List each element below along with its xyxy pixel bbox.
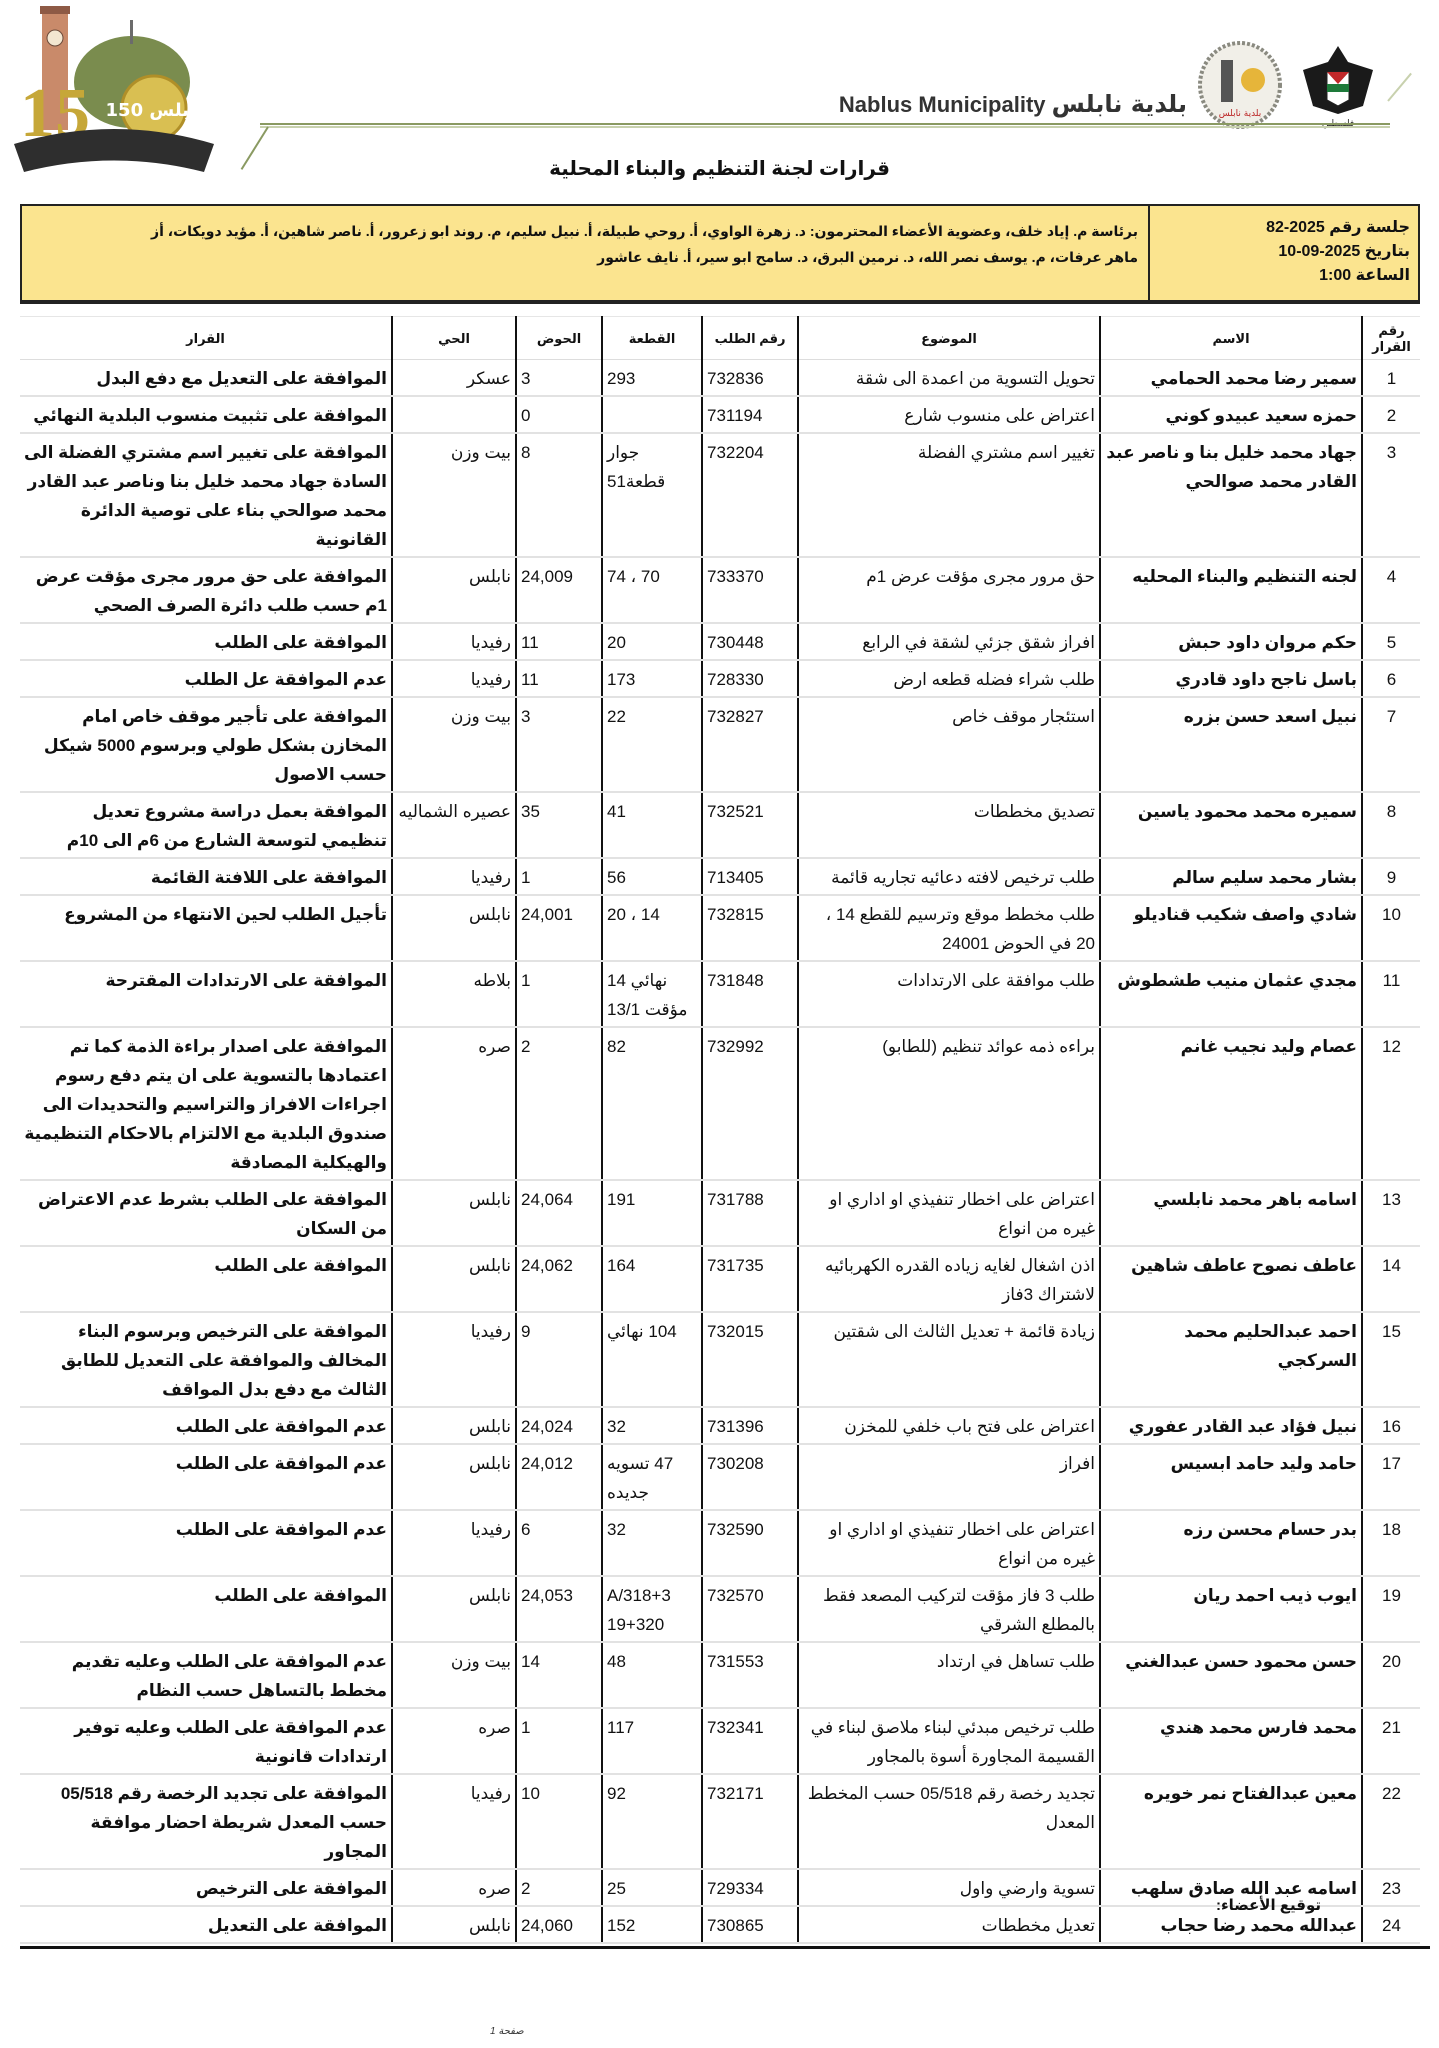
decision-cell: عدم الموافقة على الطلب وعليه توفير ارتدا…: [20, 1708, 392, 1774]
plot-cell: 41: [602, 792, 702, 858]
session-number: جلسة رقم 2025-82: [1158, 216, 1410, 240]
decision-cell: الموافقة على الطلب: [20, 623, 392, 660]
table-row: 24عبدالله محمد رضا حجابتعديل مخططات73086…: [20, 1906, 1420, 1943]
plot-cell: 22: [602, 697, 702, 792]
table-row: 9بشار محمد سليم سالمطلب ترخيص لافته دعائ…: [20, 858, 1420, 895]
decision-no-cell: 9: [1362, 858, 1420, 895]
basin-cell: 8: [516, 433, 602, 557]
name-cell: جهاد محمد خليل بنا و ناصر عبد القادر محم…: [1100, 433, 1362, 557]
page-number: صفحة 1: [490, 2026, 524, 2037]
decisions-table: رقم القرار الاسم الموضوع رقم الطلب القطع…: [20, 316, 1420, 1944]
basin-cell: 24,001: [516, 895, 602, 961]
subject-cell: طلب مخطط موقع وترسيم للقطع 14 ، 20 في ال…: [798, 895, 1100, 961]
plot-cell: 117: [602, 1708, 702, 1774]
decisions-table-container: رقم القرار الاسم الموضوع رقم الطلب القطع…: [20, 316, 1430, 1949]
header-plot: القطعة: [602, 317, 702, 360]
municipality-branding: Nablus Municipality بلدية نابلس بلدية نا…: [839, 40, 1383, 130]
plot-cell: 47 تسويه جديده: [602, 1444, 702, 1510]
name-cell: مجدي عثمان منيب طشطوش: [1100, 961, 1362, 1027]
table-row: 17حامد وليد حامد ابسيسافراز73020847 تسوي…: [20, 1444, 1420, 1510]
district-cell: رفيديا: [392, 1774, 516, 1869]
decision-cell: الموافقة على تغيير اسم مشتري الفضلة الى …: [20, 433, 392, 557]
basin-cell: 1: [516, 961, 602, 1027]
subject-cell: طلب 3 فاز مؤقت لتركيب المصعد فقط بالمطلع…: [798, 1576, 1100, 1642]
request-no-cell: 731396: [702, 1407, 798, 1444]
decision-no-cell: 16: [1362, 1407, 1420, 1444]
district-cell: رفيديا: [392, 1312, 516, 1407]
subject-cell: براءه ذمه عوائد تنظيم (للطابو): [798, 1027, 1100, 1180]
document-header: 15 150 نابلس Nablus Municipality بلدية ن…: [0, 0, 1439, 200]
decision-no-cell: 12: [1362, 1027, 1420, 1180]
subject-cell: اعتراض على اخطار تنفيذي او اداري او غيره…: [798, 1180, 1100, 1246]
basin-cell: 24,009: [516, 557, 602, 623]
subject-cell: حق مرور مجرى مؤقت عرض 1م: [798, 557, 1100, 623]
name-cell: اسامه باهر محمد نابلسي: [1100, 1180, 1362, 1246]
request-no-cell: 730448: [702, 623, 798, 660]
request-no-cell: 731553: [702, 1642, 798, 1708]
subject-cell: اذن اشغال لغايه زياده القدره الكهربائيه …: [798, 1246, 1100, 1312]
table-row: 10شادي واصف شكيب قناديلوطلب مخطط موقع وت…: [20, 895, 1420, 961]
decision-no-cell: 10: [1362, 895, 1420, 961]
svg-text:150 نابلس: 150 نابلس: [106, 100, 203, 121]
name-cell: حامد وليد حامد ابسيس: [1100, 1444, 1362, 1510]
decision-no-cell: 14: [1362, 1246, 1420, 1312]
district-cell: رفيديا: [392, 623, 516, 660]
table-row: 1سمير رضا محمد الحماميتحويل التسوية من ا…: [20, 360, 1420, 397]
name-cell: حسن محمود حسن عبدالغني: [1100, 1642, 1362, 1708]
request-no-cell: 732992: [702, 1027, 798, 1180]
session-date: بتاريخ 2025-09-10: [1158, 240, 1410, 264]
request-no-cell: 731788: [702, 1180, 798, 1246]
plot-cell: 92: [602, 1774, 702, 1869]
decision-no-cell: 11: [1362, 961, 1420, 1027]
decision-no-cell: 18: [1362, 1510, 1420, 1576]
table-row: 16نبيل فؤاد عبد القادر عفورياعتراض على ف…: [20, 1407, 1420, 1444]
table-row: 11مجدي عثمان منيب طشطوشطلب موافقة على ال…: [20, 961, 1420, 1027]
name-cell: حكم مروان داود حبش: [1100, 623, 1362, 660]
decision-cell: عدم الموافقة عل الطلب: [20, 660, 392, 697]
district-cell: صره: [392, 1869, 516, 1906]
decision-no-cell: 2: [1362, 396, 1420, 433]
basin-cell: 24,062: [516, 1246, 602, 1312]
decision-no-cell: 1: [1362, 360, 1420, 397]
document-title: قرارات لجنة التنظيم والبناء المحلية: [0, 156, 1439, 181]
decision-cell: الموافقة على حق مرور مجرى مؤقت عرض 1م حس…: [20, 557, 392, 623]
basin-cell: 11: [516, 623, 602, 660]
svg-text:بلدية نابلس: بلدية نابلس: [1219, 109, 1262, 119]
basin-cell: 9: [516, 1312, 602, 1407]
table-row: 20حسن محمود حسن عبدالغنيطلب تساهل في ارت…: [20, 1642, 1420, 1708]
decision-no-cell: 3: [1362, 433, 1420, 557]
municipality-name-ar: بلدية نابلس: [1052, 90, 1187, 118]
subject-cell: طلب تساهل في ارتداد: [798, 1642, 1100, 1708]
request-no-cell: 730865: [702, 1906, 798, 1943]
district-cell: نابلس: [392, 557, 516, 623]
table-row: 21محمد فارس محمد هنديطلب ترخيص مبدئي لبن…: [20, 1708, 1420, 1774]
name-cell: نبيل فؤاد عبد القادر عفوري: [1100, 1407, 1362, 1444]
request-no-cell: 732836: [702, 360, 798, 397]
name-cell: عصام وليد نجيب غانم: [1100, 1027, 1362, 1180]
decision-no-cell: 19: [1362, 1576, 1420, 1642]
municipality-name-en: Nablus Municipality: [839, 92, 1046, 117]
decision-cell: عدم الموافقة على الطلب: [20, 1510, 392, 1576]
decision-cell: الموافقة على الارتدادات المقترحة: [20, 961, 392, 1027]
basin-cell: 0: [516, 396, 602, 433]
request-no-cell: 732570: [702, 1576, 798, 1642]
basin-cell: 24,064: [516, 1180, 602, 1246]
basin-cell: 6: [516, 1510, 602, 1576]
decision-no-cell: 23: [1362, 1869, 1420, 1906]
plot-cell: 293: [602, 360, 702, 397]
session-info-box: جلسة رقم 2025-82 بتاريخ 2025-09-10 الساع…: [20, 204, 1420, 304]
subject-cell: اعتراض على فتح باب خلفي للمخزن: [798, 1407, 1100, 1444]
decision-no-cell: 6: [1362, 660, 1420, 697]
subject-cell: تصديق مخططات: [798, 792, 1100, 858]
district-cell: نابلس: [392, 1444, 516, 1510]
decision-cell: الموافقة على اصدار براءة الذمة كما تم اع…: [20, 1027, 392, 1180]
request-no-cell: 729334: [702, 1869, 798, 1906]
subject-cell: افراز شقق جزئي لشقة في الرابع: [798, 623, 1100, 660]
table-row: 7نبيل اسعد حسن بزرهاستئجار موقف خاص73282…: [20, 697, 1420, 792]
district-cell: نابلس: [392, 895, 516, 961]
plot-cell: [602, 396, 702, 433]
request-no-cell: 731848: [702, 961, 798, 1027]
decision-cell: عدم الموافقة على الطلب وعليه تقديم مخطط …: [20, 1642, 392, 1708]
table-row: 13اسامه باهر محمد نابلسياعتراض على اخطار…: [20, 1180, 1420, 1246]
request-no-cell: 732590: [702, 1510, 798, 1576]
decision-no-cell: 17: [1362, 1444, 1420, 1510]
request-no-cell: 732015: [702, 1312, 798, 1407]
request-no-cell: 731194: [702, 396, 798, 433]
header-divider: [260, 123, 1390, 128]
table-row: 15احمد عبدالحليم محمد السركجيزيادة قائمة…: [20, 1312, 1420, 1407]
decision-no-cell: 13: [1362, 1180, 1420, 1246]
basin-cell: 1: [516, 1708, 602, 1774]
table-row: 19ايوب ذيب احمد ريانطلب 3 فاز مؤقت لتركي…: [20, 1576, 1420, 1642]
plot-cell: 104 نهائي: [602, 1312, 702, 1407]
decision-cell: الموافقة على التعديل مع دفع البدل: [20, 360, 392, 397]
table-row: 5حكم مروان داود حبشافراز شقق جزئي لشقة ف…: [20, 623, 1420, 660]
basin-cell: 24,012: [516, 1444, 602, 1510]
plot-cell: A/318+3 19+320: [602, 1576, 702, 1642]
plot-cell: 191: [602, 1180, 702, 1246]
table-row: 18بدر حسام محسن رزهاعتراض على اخطار تنفي…: [20, 1510, 1420, 1576]
decision-no-cell: 8: [1362, 792, 1420, 858]
decision-cell: الموافقة بعمل دراسة مشروع تعديل تنظيمي ل…: [20, 792, 392, 858]
decision-no-cell: 4: [1362, 557, 1420, 623]
request-no-cell: 732521: [702, 792, 798, 858]
district-cell: عصيره الشماليه: [392, 792, 516, 858]
district-cell: بيت وزن: [392, 697, 516, 792]
subject-cell: طلب ترخيص مبدئي لبناء ملاصق لبناء في الق…: [798, 1708, 1100, 1774]
name-cell: سميره محمد محمود ياسين: [1100, 792, 1362, 858]
decision-cell: الموافقة على الترخيص: [20, 1869, 392, 1906]
district-cell: نابلس: [392, 1407, 516, 1444]
members-line-1: برئاسة م. إياد خلف، وعضوية الأعضاء المحت…: [32, 218, 1138, 244]
plot-cell: 14 ، 20: [602, 895, 702, 961]
subject-cell: استئجار موقف خاص: [798, 697, 1100, 792]
decision-cell: عدم الموافقة على الطلب: [20, 1444, 392, 1510]
basin-cell: 2: [516, 1027, 602, 1180]
subject-cell: طلب ترخيص لافته دعائيه تجاريه قائمة: [798, 858, 1100, 895]
basin-cell: 14: [516, 1642, 602, 1708]
table-bottom-divider: [20, 1946, 1430, 1949]
decision-cell: الموافقة على اللافتة القائمة: [20, 858, 392, 895]
name-cell: باسل ناجح داود قادري: [1100, 660, 1362, 697]
basin-cell: 2: [516, 1869, 602, 1906]
decision-no-cell: 24: [1362, 1906, 1420, 1943]
basin-cell: 3: [516, 697, 602, 792]
subject-cell: اعتراض على اخطار تنفيذي او اداري او غيره…: [798, 1510, 1100, 1576]
request-no-cell: 733370: [702, 557, 798, 623]
name-cell: محمد فارس محمد هندي: [1100, 1708, 1362, 1774]
decision-cell: عدم الموافقة على الطلب: [20, 1407, 392, 1444]
basin-cell: 24,024: [516, 1407, 602, 1444]
table-row: 8سميره محمد محمود ياسينتصديق مخططات73252…: [20, 792, 1420, 858]
district-cell: بيت وزن: [392, 1642, 516, 1708]
district-cell: نابلس: [392, 1576, 516, 1642]
basin-cell: 35: [516, 792, 602, 858]
subject-cell: افراز: [798, 1444, 1100, 1510]
decision-no-cell: 7: [1362, 697, 1420, 792]
table-body: 1سمير رضا محمد الحماميتحويل التسوية من ا…: [20, 360, 1420, 1944]
header-decision-no: رقم القرار: [1362, 317, 1420, 360]
district-cell: رفيديا: [392, 858, 516, 895]
decision-no-cell: 5: [1362, 623, 1420, 660]
table-row: 6باسل ناجح داود قادريطلب شراء فضله قطعه …: [20, 660, 1420, 697]
decision-no-cell: 15: [1362, 1312, 1420, 1407]
subject-cell: تعديل مخططات: [798, 1906, 1100, 1943]
name-cell: شادي واصف شكيب قناديلو: [1100, 895, 1362, 961]
plot-cell: 32: [602, 1407, 702, 1444]
table-row: 14عاطف نصوح عاطف شاهيناذن اشغال لغايه زي…: [20, 1246, 1420, 1312]
table-row: 4لجنه التنظيم والبناء المحليهحق مرور مجر…: [20, 557, 1420, 623]
table-header-row: رقم القرار الاسم الموضوع رقم الطلب القطع…: [20, 317, 1420, 360]
name-cell: احمد عبدالحليم محمد السركجي: [1100, 1312, 1362, 1407]
table-row: 23اسامه عبد الله صادق سلهبتسوية وارضي وا…: [20, 1869, 1420, 1906]
members-signature-label: توقيع الأعضاء:: [1216, 1896, 1321, 1914]
district-cell: عسكر: [392, 360, 516, 397]
subject-cell: تسوية وارضي واول: [798, 1869, 1100, 1906]
plot-cell: 20: [602, 623, 702, 660]
session-time: الساعة 1:00: [1158, 264, 1410, 288]
decision-no-cell: 20: [1362, 1642, 1420, 1708]
header-name: الاسم: [1100, 317, 1362, 360]
decision-no-cell: 22: [1362, 1774, 1420, 1869]
plot-cell: 152: [602, 1906, 702, 1943]
name-cell: لجنه التنظيم والبناء المحليه: [1100, 557, 1362, 623]
nablus-150-anniversary-logo: 15 150 نابلس: [4, 4, 224, 176]
name-cell: حمزه سعيد عبيدو كوني: [1100, 396, 1362, 433]
header-basin: الحوض: [516, 317, 602, 360]
decision-cell: تأجيل الطلب لحين الانتهاء من المشروع: [20, 895, 392, 961]
decision-cell: الموافقة على الطلب: [20, 1246, 392, 1312]
plot-cell: 164: [602, 1246, 702, 1312]
subject-cell: تحويل التسوية من اعمدة الى شقة: [798, 360, 1100, 397]
basin-cell: 11: [516, 660, 602, 697]
name-cell: بدر حسام محسن رزه: [1100, 1510, 1362, 1576]
plot-cell: 173: [602, 660, 702, 697]
request-no-cell: 732204: [702, 433, 798, 557]
basin-cell: 24,060: [516, 1906, 602, 1943]
decision-no-cell: 21: [1362, 1708, 1420, 1774]
palestine-eagle-emblem-icon: فلسطين: [1293, 40, 1383, 130]
decision-cell: الموافقة على تأجير موقف خاص امام المخازن…: [20, 697, 392, 792]
plot-cell: 82: [602, 1027, 702, 1180]
district-cell: رفيديا: [392, 1510, 516, 1576]
name-cell: بشار محمد سليم سالم: [1100, 858, 1362, 895]
request-no-cell: 732341: [702, 1708, 798, 1774]
subject-cell: زيادة قائمة + تعديل الثالث الى شقتين: [798, 1312, 1100, 1407]
decision-cell: الموافقة على تثبيت منسوب البلدية النهائي: [20, 396, 392, 433]
basin-cell: 1: [516, 858, 602, 895]
basin-cell: 24,053: [516, 1576, 602, 1642]
table-row: 2حمزه سعيد عبيدو كونياعتراض على منسوب شا…: [20, 396, 1420, 433]
subject-cell: طلب شراء فضله قطعه ارض: [798, 660, 1100, 697]
plot-cell: نهائي 14 مؤقت 13/1: [602, 961, 702, 1027]
table-row: 3جهاد محمد خليل بنا و ناصر عبد القادر مح…: [20, 433, 1420, 557]
district-cell: نابلس: [392, 1906, 516, 1943]
decision-cell: الموافقة على التعديل: [20, 1906, 392, 1943]
plot-cell: 56: [602, 858, 702, 895]
request-no-cell: 730208: [702, 1444, 798, 1510]
members-line-2: ماهر عرفات، م. يوسف نصر الله، د. نرمين ا…: [32, 244, 1138, 270]
table-row: 22معين عبدالفتاح نمر خويرهتجديد رخصة رقم…: [20, 1774, 1420, 1869]
name-cell: نبيل اسعد حسن بزره: [1100, 697, 1362, 792]
district-cell: صره: [392, 1027, 516, 1180]
name-cell: معين عبدالفتاح نمر خويره: [1100, 1774, 1362, 1869]
request-no-cell: 728330: [702, 660, 798, 697]
district-cell: صره: [392, 1708, 516, 1774]
decision-cell: الموافقة على الطلب بشرط عدم الاعتراض من …: [20, 1180, 392, 1246]
basin-cell: 3: [516, 360, 602, 397]
request-no-cell: 713405: [702, 858, 798, 895]
decision-cell: الموافقة على الطلب: [20, 1576, 392, 1642]
session-members: برئاسة م. إياد خلف، وعضوية الأعضاء المحت…: [22, 206, 1148, 300]
header-decision: القرار: [20, 317, 392, 360]
request-no-cell: 732827: [702, 697, 798, 792]
table-row: 12عصام وليد نجيب غانمبراءه ذمه عوائد تنظ…: [20, 1027, 1420, 1180]
district-cell: [392, 396, 516, 433]
request-no-cell: 732815: [702, 895, 798, 961]
district-cell: رفيديا: [392, 660, 516, 697]
subject-cell: تغيير اسم مشتري الفضلة: [798, 433, 1100, 557]
plot-cell: 32: [602, 1510, 702, 1576]
plot-cell: 70 ، 74: [602, 557, 702, 623]
plot-cell: جوار قطعة51: [602, 433, 702, 557]
header-district: الحي: [392, 317, 516, 360]
district-cell: بلاطه: [392, 961, 516, 1027]
header-divider-diagonal-right: [1387, 73, 1412, 102]
session-details: جلسة رقم 2025-82 بتاريخ 2025-09-10 الساع…: [1148, 206, 1418, 300]
subject-cell: تجديد رخصة رقم 05/518 حسب المخطط المعدل: [798, 1774, 1100, 1869]
plot-cell: 25: [602, 1869, 702, 1906]
header-request-no: رقم الطلب: [702, 317, 798, 360]
district-cell: نابلس: [392, 1180, 516, 1246]
decision-cell: الموافقة على تجديد الرخصة رقم 05/518 حسب…: [20, 1774, 392, 1869]
basin-cell: 10: [516, 1774, 602, 1869]
header-subject: الموضوع: [798, 317, 1100, 360]
subject-cell: اعتراض على منسوب شارع: [798, 396, 1100, 433]
decision-cell: الموافقة على الترخيص وبرسوم البناء المخا…: [20, 1312, 392, 1407]
district-cell: بيت وزن: [392, 433, 516, 557]
district-cell: نابلس: [392, 1246, 516, 1312]
name-cell: عاطف نصوح عاطف شاهين: [1100, 1246, 1362, 1312]
nablus-municipality-seal-icon: بلدية نابلس: [1195, 40, 1285, 130]
request-no-cell: 732171: [702, 1774, 798, 1869]
subject-cell: طلب موافقة على الارتدادات: [798, 961, 1100, 1027]
name-cell: سمير رضا محمد الحمامي: [1100, 360, 1362, 397]
request-no-cell: 731735: [702, 1246, 798, 1312]
plot-cell: 48: [602, 1642, 702, 1708]
name-cell: ايوب ذيب احمد ريان: [1100, 1576, 1362, 1642]
